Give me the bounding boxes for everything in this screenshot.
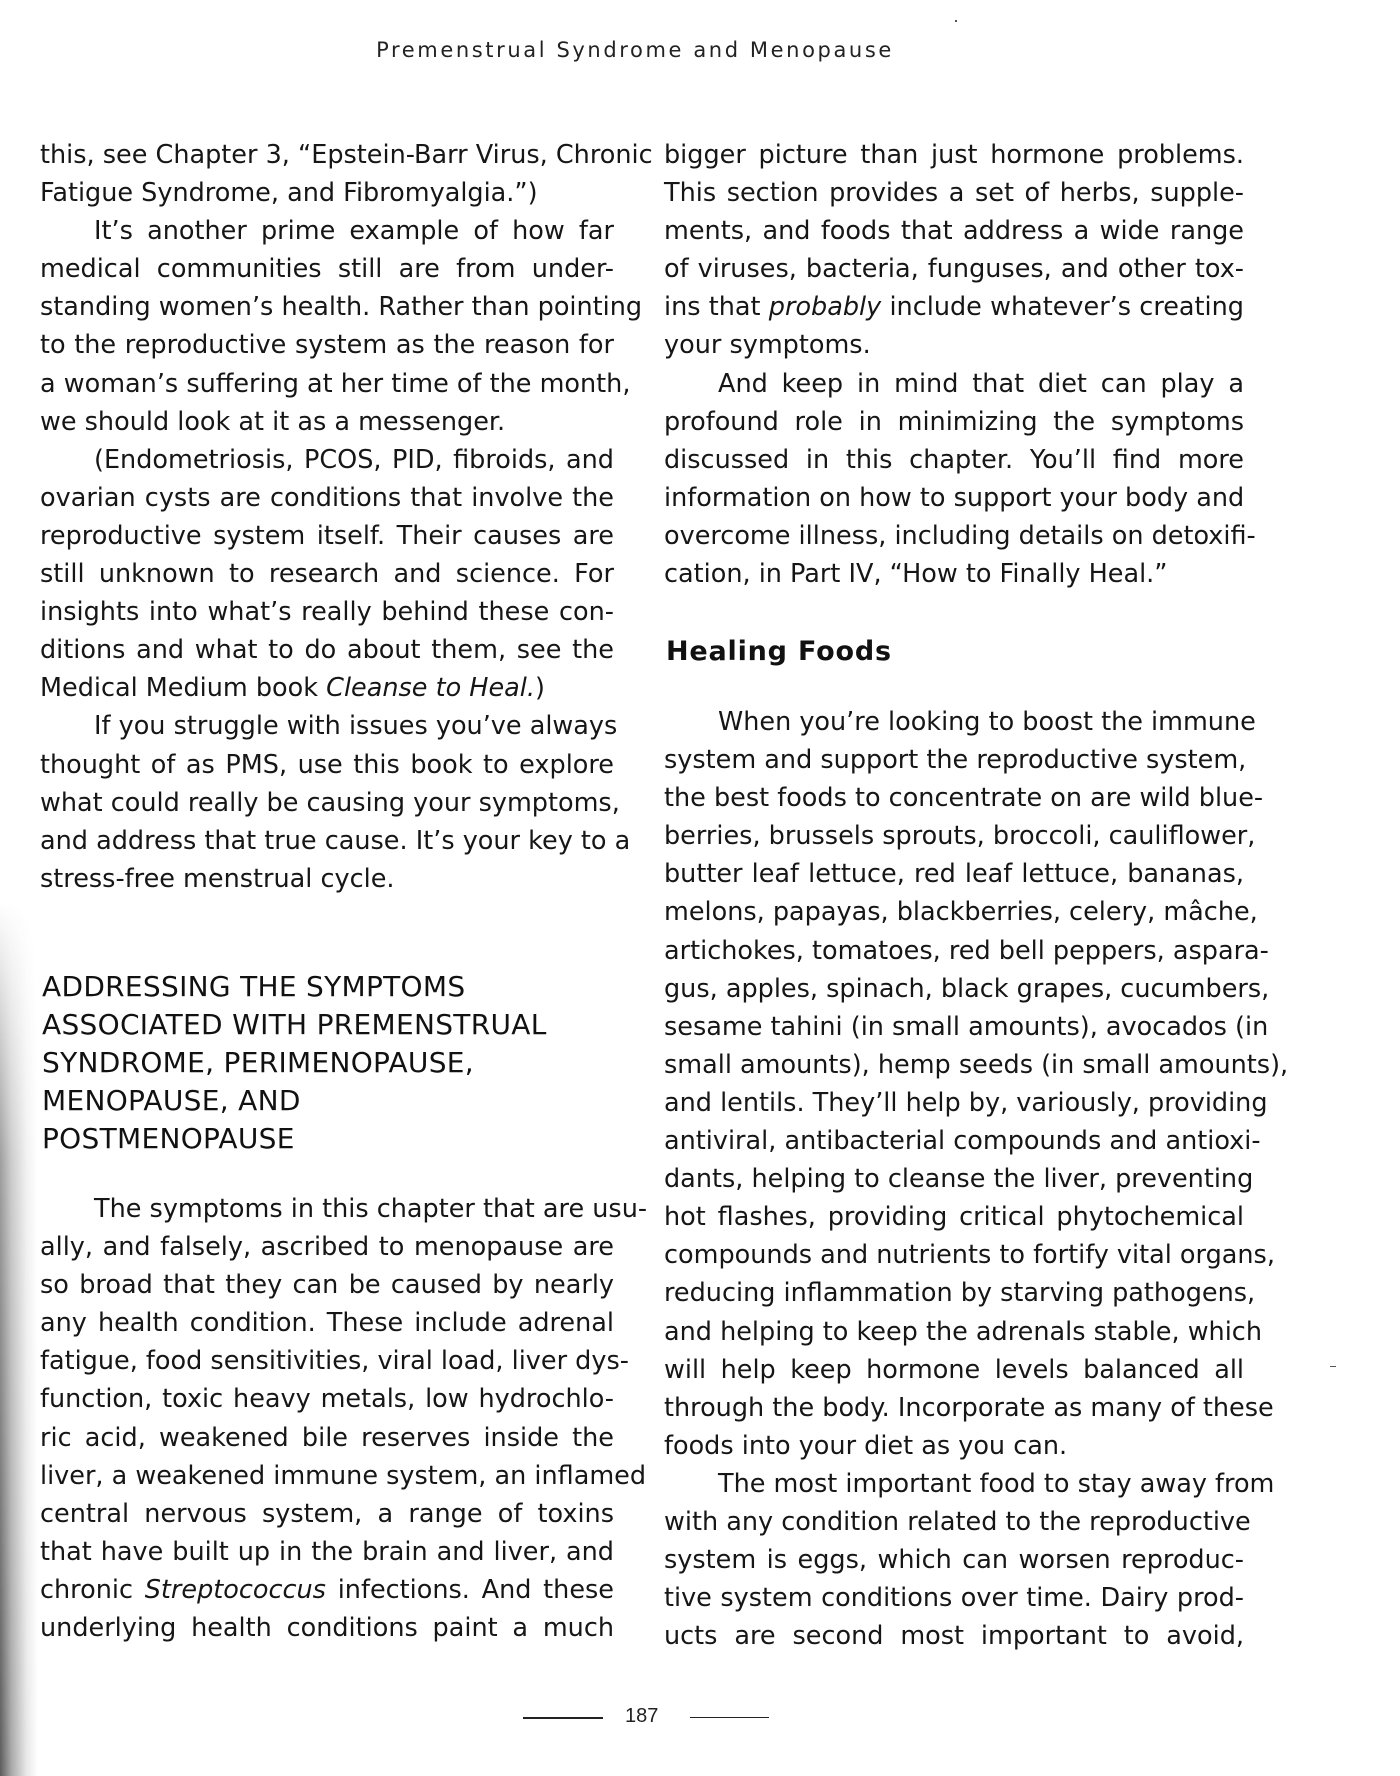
text-run: information on how to support your body …	[664, 483, 1244, 513]
text-run: function, toxic heavy metals, low hydroc…	[40, 1384, 614, 1414]
text-run: your symptoms.	[664, 330, 871, 360]
page-number: 187	[625, 1705, 658, 1728]
text-line: ments, and foods that address a wide ran…	[664, 212, 1244, 250]
text-line: ins that probably include whatever’s cre…	[664, 288, 1244, 326]
scan-speck	[1330, 1366, 1336, 1367]
text-run: a woman’s suffering at her time of the m…	[40, 369, 630, 399]
text-run: underlying health conditions paint a muc…	[40, 1613, 614, 1643]
text-run: ins that	[664, 292, 769, 322]
text-run: of viruses, bacteria, funguses, and othe…	[664, 254, 1244, 284]
text-run: still unknown to research and science. F…	[40, 559, 614, 589]
left-column-section-body: The symptoms in this chapter that are us…	[40, 1190, 614, 1647]
text-run: antiviral, antibacterial compounds and a…	[664, 1126, 1261, 1156]
italic-text-run: probably	[769, 292, 881, 322]
text-run: butter leaf lettuce, red leaf lettuce, b…	[664, 859, 1244, 889]
text-run: (Endometriosis, PCOS, PID, fibroids, and	[94, 445, 614, 475]
healing-foods-heading: Healing Foods	[666, 636, 892, 667]
text-line: will help keep hormone levels balanced a…	[664, 1351, 1244, 1389]
text-line: ric acid, weakened bile reserves inside …	[40, 1419, 614, 1457]
heading-line: POSTMENOPAUSE	[42, 1120, 642, 1158]
text-line: small amounts), hemp seeds (in small amo…	[664, 1046, 1244, 1084]
text-run: system is eggs, which can worsen reprodu…	[664, 1545, 1244, 1575]
text-run: liver, a weakened immune system, an infl…	[40, 1461, 646, 1491]
right-column-section-body: When you’re looking to boost the immunes…	[664, 703, 1244, 1655]
text-run: ments, and foods that address a wide ran…	[664, 216, 1244, 246]
text-run: the best foods to concentrate on are wil…	[664, 783, 1263, 813]
text-run: infections. And these	[326, 1575, 614, 1605]
text-run: so broad that they can be caused by near…	[40, 1270, 614, 1300]
text-line: so broad that they can be caused by near…	[40, 1266, 614, 1304]
text-run: cation, in Part IV, “How to Finally Heal…	[664, 559, 1168, 589]
text-run: standing women’s health. Rather than poi…	[40, 292, 642, 322]
text-line: standing women’s health. Rather than poi…	[40, 288, 614, 326]
text-line: When you’re looking to boost the immune	[664, 703, 1244, 741]
text-run: with any condition related to the reprod…	[664, 1507, 1251, 1537]
text-line: (Endometriosis, PCOS, PID, fibroids, and	[40, 441, 614, 479]
text-run: to the reproductive system as the reason…	[40, 330, 614, 360]
text-run: sesame tahini (in small amounts), avocad…	[664, 1012, 1268, 1042]
text-run: ric acid, weakened bile reserves inside …	[40, 1423, 614, 1453]
left-column-intro: this, see Chapter 3, “Epstein-Barr Virus…	[40, 136, 614, 898]
text-line: insights into what’s really behind these…	[40, 593, 614, 631]
italic-text-run: Cleanse to Heal.	[326, 673, 535, 703]
text-line: your symptoms.	[664, 326, 1244, 364]
text-run: discussed in this chapter. You’ll find m…	[664, 445, 1244, 475]
text-run: gus, apples, spinach, black grapes, cucu…	[664, 974, 1269, 1004]
text-line: still unknown to research and science. F…	[40, 555, 614, 593]
text-line: ditions and what to do about them, see t…	[40, 631, 614, 669]
text-run: and lentils. They’ll help by, variously,…	[664, 1088, 1268, 1118]
text-line: we should look at it as a messenger.	[40, 403, 614, 441]
text-run: insights into what’s really behind these…	[40, 597, 614, 627]
running-head: Premenstrual Syndrome and Menopause	[0, 38, 1270, 62]
text-line: with any condition related to the reprod…	[664, 1503, 1244, 1541]
text-line: of viruses, bacteria, funguses, and othe…	[664, 250, 1244, 288]
text-run: When you’re looking to boost the immune	[718, 707, 1256, 737]
text-line: hot flashes, providing critical phytoche…	[664, 1198, 1244, 1236]
text-run: melons, papayas, blackberries, celery, m…	[664, 897, 1258, 927]
text-line: through the body. Incorporate as many of…	[664, 1389, 1244, 1427]
text-line: discussed in this chapter. You’ll find m…	[664, 441, 1244, 479]
text-line: Fatigue Syndrome, and Fibromyalgia.”)	[40, 174, 614, 212]
text-run: what could really be causing your sympto…	[40, 788, 620, 818]
text-run: reproductive system itself. Their causes…	[40, 521, 614, 551]
text-run: will help keep hormone levels balanced a…	[664, 1355, 1244, 1385]
text-line: antiviral, antibacterial compounds and a…	[664, 1122, 1244, 1160]
text-run: tive system conditions over time. Dairy …	[664, 1583, 1244, 1613]
text-line: profound role in minimizing the symptoms	[664, 403, 1244, 441]
text-line: The most important food to stay away fro…	[664, 1465, 1244, 1503]
text-line: sesame tahini (in small amounts), avocad…	[664, 1008, 1244, 1046]
heading-line: ASSOCIATED WITH PREMENSTRUAL	[42, 1006, 642, 1044]
text-line: berries, brussels sprouts, broccoli, cau…	[664, 817, 1244, 855]
text-run: ucts are second most important to avoid,	[664, 1621, 1244, 1651]
text-line: compounds and nutrients to fortify vital…	[664, 1236, 1244, 1274]
text-run: include whatever’s creating	[881, 292, 1244, 322]
text-run: Medical Medium book	[40, 673, 326, 703]
text-run: foods into your diet as you can.	[664, 1431, 1067, 1461]
text-run: any health condition. These include adre…	[40, 1308, 614, 1338]
heading-line: SYNDROME, PERIMENOPAUSE,	[42, 1044, 642, 1082]
text-line: artichokes, tomatoes, red bell peppers, …	[664, 932, 1244, 970]
text-run: bigger picture than just hormone problem…	[664, 140, 1244, 170]
text-run: medical communities still are from under…	[40, 254, 614, 284]
text-run: Fatigue Syndrome, and Fibromyalgia.”)	[40, 178, 538, 208]
text-line: Medical Medium book Cleanse to Heal.)	[40, 669, 614, 707]
text-line: a woman’s suffering at her time of the m…	[40, 365, 614, 403]
text-line: overcome illness, including details on d…	[664, 517, 1244, 555]
text-line: If you struggle with issues you’ve alway…	[40, 707, 614, 745]
text-line: And keep in mind that diet can play a	[664, 365, 1244, 403]
italic-text-run: Streptococcus	[145, 1575, 326, 1605]
text-line: this, see Chapter 3, “Epstein-Barr Virus…	[40, 136, 614, 174]
text-run: compounds and nutrients to fortify vital…	[664, 1240, 1275, 1270]
text-line: gus, apples, spinach, black grapes, cucu…	[664, 970, 1244, 1008]
text-run: central nervous system, a range of toxin…	[40, 1499, 614, 1529]
text-run: If you struggle with issues you’ve alway…	[94, 711, 617, 741]
text-line: system is eggs, which can worsen reprodu…	[664, 1541, 1244, 1579]
text-run: It’s another prime example of how far	[94, 216, 614, 246]
text-line: reproductive system itself. Their causes…	[40, 517, 614, 555]
text-line: information on how to support your body …	[664, 479, 1244, 517]
text-line: ally, and falsely, ascribed to menopause…	[40, 1228, 614, 1266]
text-line: thought of as PMS, use this book to expl…	[40, 746, 614, 784]
text-line: cation, in Part IV, “How to Finally Heal…	[664, 555, 1244, 593]
text-line: dants, helping to cleanse the liver, pre…	[664, 1160, 1244, 1198]
text-line: ovarian cysts are conditions that involv…	[40, 479, 614, 517]
footer-rule-right	[690, 1717, 769, 1718]
scan-speck	[955, 20, 957, 22]
text-run: chronic	[40, 1575, 145, 1605]
section-heading: ADDRESSING THE SYMPTOMSASSOCIATED WITH P…	[42, 968, 642, 1158]
text-run: The symptoms in this chapter that are us…	[94, 1194, 647, 1224]
text-line: any health condition. These include adre…	[40, 1304, 614, 1342]
text-run: and helping to keep the adrenals stable,…	[664, 1317, 1262, 1347]
text-run: And keep in mind that diet can play a	[718, 369, 1244, 399]
text-run: hot flashes, providing critical phytoche…	[664, 1202, 1244, 1232]
text-line: to the reproductive system as the reason…	[40, 326, 614, 364]
text-run: ally, and falsely, ascribed to menopause…	[40, 1232, 614, 1262]
text-line: medical communities still are from under…	[40, 250, 614, 288]
right-column-intro: bigger picture than just hormone problem…	[664, 136, 1244, 593]
text-run: artichokes, tomatoes, red bell peppers, …	[664, 936, 1269, 966]
text-line: bigger picture than just hormone problem…	[664, 136, 1244, 174]
text-line: This section provides a set of herbs, su…	[664, 174, 1244, 212]
text-line: the best foods to concentrate on are wil…	[664, 779, 1244, 817]
text-run: profound role in minimizing the symptoms	[664, 407, 1244, 437]
text-run: small amounts), hemp seeds (in small amo…	[664, 1050, 1288, 1080]
text-run: reducing inflammation by starving pathog…	[664, 1278, 1255, 1308]
text-run: thought of as PMS, use this book to expl…	[40, 750, 614, 780]
text-line: and address that true cause. It’s your k…	[40, 822, 614, 860]
text-run: ditions and what to do about them, see t…	[40, 635, 614, 665]
text-run: This section provides a set of herbs, su…	[664, 178, 1244, 208]
text-line: system and support the reproductive syst…	[664, 741, 1244, 779]
text-line: liver, a weakened immune system, an infl…	[40, 1457, 614, 1495]
text-run: berries, brussels sprouts, broccoli, cau…	[664, 821, 1255, 851]
text-line: chronic Streptococcus infections. And th…	[40, 1571, 614, 1609]
text-line: underlying health conditions paint a muc…	[40, 1609, 614, 1647]
text-line: central nervous system, a range of toxin…	[40, 1495, 614, 1533]
text-run: fatigue, food sensitivities, viral load,…	[40, 1346, 629, 1376]
text-line: what could really be causing your sympto…	[40, 784, 614, 822]
text-line: and lentils. They’ll help by, variously,…	[664, 1084, 1244, 1122]
text-line: stress-free menstrual cycle.	[40, 860, 614, 898]
text-run: stress-free menstrual cycle.	[40, 864, 395, 894]
text-run: that have built up in the brain and live…	[40, 1537, 614, 1567]
text-line: and helping to keep the adrenals stable,…	[664, 1313, 1244, 1351]
scan-gutter-shadow	[0, 900, 38, 1776]
text-run: this, see Chapter 3, “Epstein-Barr Virus…	[40, 140, 653, 170]
text-line: It’s another prime example of how far	[40, 212, 614, 250]
text-line: that have built up in the brain and live…	[40, 1533, 614, 1571]
text-line: butter leaf lettuce, red leaf lettuce, b…	[664, 855, 1244, 893]
text-line: The symptoms in this chapter that are us…	[40, 1190, 614, 1228]
text-run: dants, helping to cleanse the liver, pre…	[664, 1164, 1253, 1194]
text-run: through the body. Incorporate as many of…	[664, 1393, 1274, 1423]
text-run: and address that true cause. It’s your k…	[40, 826, 630, 856]
text-run: ovarian cysts are conditions that involv…	[40, 483, 614, 513]
text-line: ucts are second most important to avoid,	[664, 1617, 1244, 1655]
text-line: tive system conditions over time. Dairy …	[664, 1579, 1244, 1617]
footer-rule-left	[523, 1717, 603, 1719]
heading-line: MENOPAUSE, AND	[42, 1082, 642, 1120]
text-run: we should look at it as a messenger.	[40, 407, 505, 437]
text-run: system and support the reproductive syst…	[664, 745, 1246, 775]
text-line: reducing inflammation by starving pathog…	[664, 1274, 1244, 1312]
text-run: overcome illness, including details on d…	[664, 521, 1256, 551]
text-run: )	[535, 673, 545, 703]
text-line: melons, papayas, blackberries, celery, m…	[664, 893, 1244, 931]
text-run: The most important food to stay away fro…	[718, 1469, 1274, 1499]
heading-line: ADDRESSING THE SYMPTOMS	[42, 968, 642, 1006]
text-line: foods into your diet as you can.	[664, 1427, 1244, 1465]
text-line: fatigue, food sensitivities, viral load,…	[40, 1342, 614, 1380]
text-line: function, toxic heavy metals, low hydroc…	[40, 1380, 614, 1418]
